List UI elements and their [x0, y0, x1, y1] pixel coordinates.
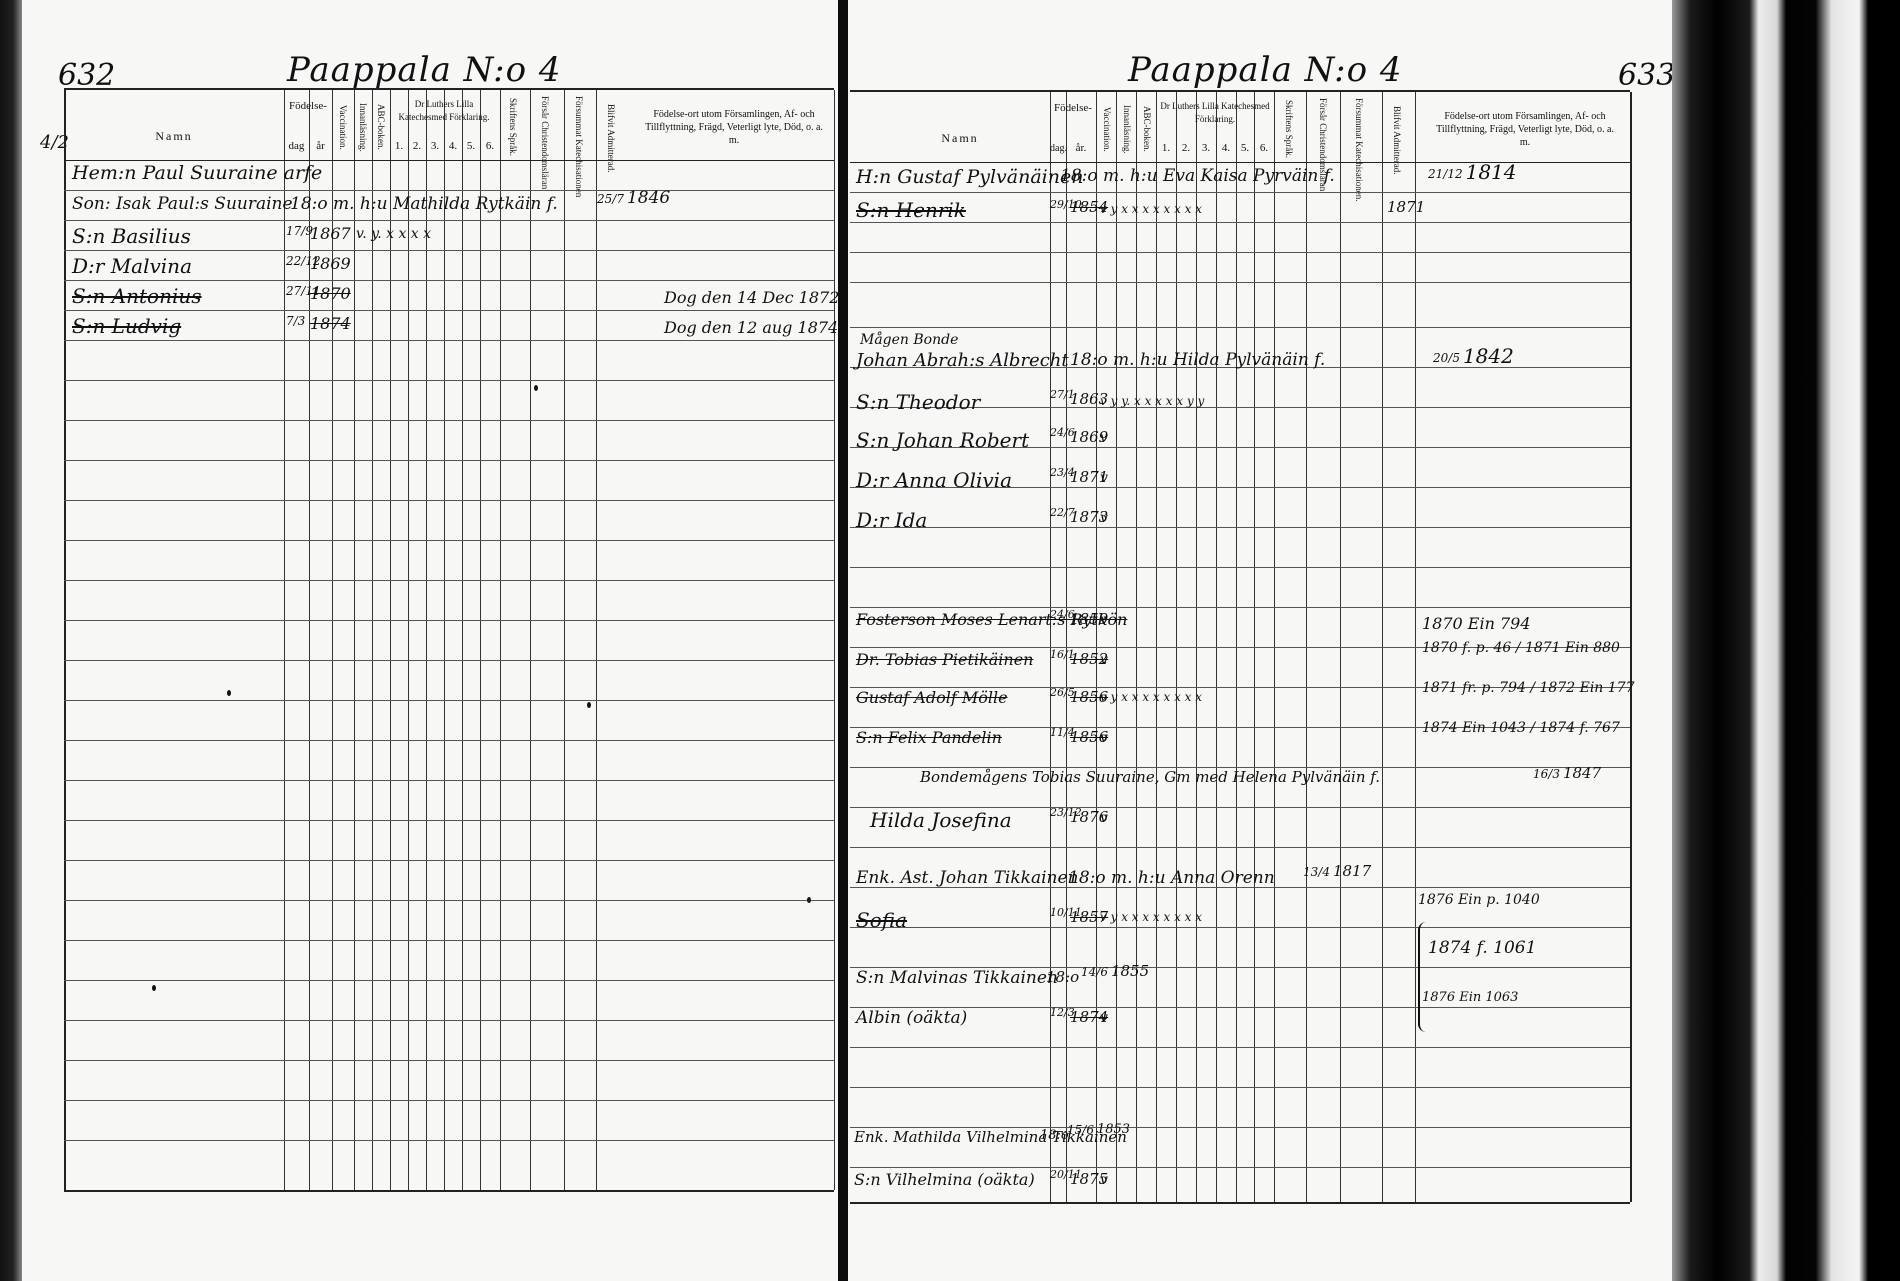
col-header-year: år.	[1066, 142, 1096, 155]
col-header-year: år	[309, 140, 332, 153]
right-entry-3-note: 18:o m. h:u Hilda Pylvänäin f.	[1070, 350, 1325, 370]
left-entry-5-year: 1874	[310, 314, 351, 333]
col-header-innanlasning: Innanläsning.	[1120, 98, 1133, 160]
right-entry-18-name: Albin (oäkta)	[856, 1008, 967, 1028]
left-entry-5-name: S:n Ludvig	[72, 314, 181, 338]
right-entry-2-label: Mågen Bonde	[860, 332, 958, 348]
col-header-admitted: Blifvit Admitterad.	[604, 104, 617, 154]
remarks-bracket	[1418, 922, 1428, 1032]
right-entry-17-birthdate: 14/61855	[1078, 962, 1149, 980]
col-header-cat-2: 2.	[408, 140, 426, 153]
col-header-first-lesson: Försår Christendomsläran.	[1316, 98, 1329, 160]
right-register-table: Namn Födelse- dag. år. Vaccination. Inna…	[850, 90, 1630, 1204]
right-entry-13-marks: v	[1100, 810, 1108, 826]
left-book-edge	[0, 0, 22, 1281]
right-entry-11-name: S:n Felix Pandelin	[856, 728, 1002, 747]
col-header-community-catechism: Försummat Katechisationen.	[1352, 98, 1365, 160]
ink-speck	[587, 702, 591, 708]
right-entry-14-birthdate: 13/41817	[1300, 862, 1371, 880]
left-entry-4-remarks: Dog den 14 Dec 1872	[664, 288, 839, 307]
col-header-day: dag.	[1050, 142, 1066, 155]
right-entry-9-remarks: 1870 f. p. 46 / 1871 Ein 880	[1422, 640, 1620, 656]
right-entry-10-remarks: 1871 fr. p. 794 / 1872 Ein 177	[1422, 680, 1634, 696]
col-header-vaccination: Vaccination.	[336, 96, 349, 158]
right-entry-3-birthdate: 20/51842	[1430, 344, 1514, 368]
col-header-first-lesson: Försår Christendomsläran.	[538, 96, 551, 158]
right-entry-5-name: S:n Johan Robert	[856, 428, 1029, 452]
right-entry-15-remarks: 1876 Ein p. 1040	[1418, 892, 1540, 908]
right-entry-17-note: 18:o	[1046, 968, 1079, 986]
left-entry-5-day: 7/3	[286, 314, 305, 328]
right-entry-11-marks: v	[1100, 730, 1108, 746]
col-header-community-catechism: Försummat Katechisationen	[572, 96, 585, 158]
right-entry-10-name: Gustaf Adolf Mölle	[856, 688, 1008, 707]
right-entry-18-marks: v	[1100, 1010, 1108, 1026]
left-entry-2-marks: v. y. x x x x	[356, 226, 431, 242]
right-entry-0-name: H:n Gustaf Pylvänäinen	[856, 166, 1083, 188]
left-entry-2-name: S:n Basilius	[72, 224, 191, 248]
right-entry-18-remarks: 1876 Ein 1063	[1422, 990, 1518, 1005]
left-entry-5-remarks: Dog den 12 aug 1874	[664, 318, 838, 337]
left-page-title: Paappala N:o 4	[287, 50, 562, 90]
right-entry-11-remarks: 1874 Ein 1043 / 1874 f. 767	[1422, 720, 1620, 736]
col-header-admitted: Blifvit Admitterad.	[1390, 106, 1403, 156]
right-entry-20-name: S:n Vilhelmina (oäkta)	[854, 1170, 1035, 1189]
right-entry-0-birthdate: 21/121814	[1425, 160, 1517, 184]
right-entry-1-name: S:n Henrik	[856, 198, 966, 222]
ink-speck	[152, 985, 156, 991]
col-header-cat-4: 4.	[1216, 142, 1236, 155]
col-header-cat-6: 6.	[1254, 142, 1274, 155]
left-entry-2-year: 1867	[310, 224, 351, 243]
left-entry-0-name: Hem:n Paul Suuraine arfe	[72, 162, 322, 184]
right-entry-6-name: D:r Anna Olivia	[856, 468, 1012, 492]
ink-speck	[534, 385, 538, 391]
left-entry-2-day: 17/9	[286, 224, 313, 238]
left-entry-1-birthdate: 25/71846	[594, 188, 670, 208]
col-header-catechism: Dr Luthers Lilla Katechesmed Förklaring.	[1156, 100, 1274, 126]
left-entry-1-marks: 18:o m. h:u Mathilda Rytkäin f.	[290, 194, 558, 214]
right-entry-14-name: Enk. Ast. Johan Tikkainen	[856, 868, 1079, 888]
ink-speck	[807, 897, 811, 903]
left-entry-4-year: 1870	[310, 284, 351, 303]
right-entry-1-admit: 1871	[1387, 198, 1425, 216]
left-entry-4-name: S:n Antonius	[72, 284, 202, 308]
col-header-birth: Födelse-	[284, 100, 332, 113]
col-header-abc: ABC-boken.	[1140, 98, 1153, 160]
col-header-name: Namn	[134, 130, 214, 143]
right-entry-13-name: Hilda Josefina	[870, 808, 1012, 832]
right-entry-12-birthdate: 16/31847	[1530, 764, 1601, 782]
col-header-cat-2: 2.	[1176, 142, 1196, 155]
right-entry-20-marks: v	[1100, 1172, 1108, 1188]
col-header-catechism: Dr Luthers Lilla Katechesmed Förklaring.	[390, 98, 498, 124]
right-entry-0-note: 18:o m. h:u Eva Kaisa Pyrväin f.	[1060, 166, 1335, 186]
left-entry-3-name: D:r Malvina	[72, 254, 192, 278]
col-header-cat-1: 1.	[1156, 142, 1176, 155]
left-entry-1-name: Son: Isak Paul:s Suuraine	[72, 194, 293, 214]
col-header-birth: Födelse-	[1050, 102, 1096, 115]
col-header-cat-6: 6.	[480, 140, 500, 153]
ink-speck	[227, 690, 231, 696]
book-gutter	[838, 0, 848, 1281]
right-entry-12-note: Bondemågens Tobias Suuraine, Gm med Hele…	[920, 768, 1380, 786]
right-entry-4-marks: v y y. x x x x x y y	[1100, 394, 1204, 408]
right-entry-9-marks: v	[1100, 652, 1108, 668]
right-entry-17-name: S:n Malvinas Tikkainen	[856, 968, 1058, 988]
col-header-cat-1: 1.	[390, 140, 408, 153]
right-entry-15-marks: v y x x x x x x x x	[1100, 910, 1202, 924]
col-header-name: Namn	[910, 132, 1010, 145]
left-register-table: Namn Födelse- dag år Vaccination. Innanl…	[64, 88, 834, 1192]
right-entry-8-marks: v	[1100, 612, 1108, 628]
col-header-abc: ABC-boken.	[374, 96, 387, 158]
right-entry-16-remarks: 1874 f. 1061	[1428, 938, 1536, 958]
right-entry-9-name: Dr. Tobias Pietikäinen	[856, 650, 1033, 669]
right-entry-4-name: S:n Theodor	[856, 390, 980, 414]
right-entry-1-marks: v y x x x x x x x x	[1100, 202, 1202, 216]
left-page: 632 Paappala N:o 4 4/2 Namn Födelse- dag…	[22, 0, 842, 1281]
right-entry-19-birthdate: 15/61853	[1064, 1122, 1130, 1137]
right-entry-6-marks: v	[1100, 470, 1108, 486]
right-entry-8-remarks: 1870 Ein 794	[1422, 614, 1531, 633]
col-header-day: dag	[284, 140, 309, 153]
right-entry-10-marks: v y x x x x x x x x	[1100, 690, 1202, 704]
right-page-number: 633	[1618, 58, 1675, 93]
col-header-cat-3: 3.	[426, 140, 444, 153]
col-header-cat-4: 4.	[444, 140, 462, 153]
col-header-remarks: Födelse-ort utom Församlingen, Af- och T…	[644, 108, 824, 147]
col-header-remarks: Födelse-ort utom Församlingen, Af- och T…	[1430, 110, 1620, 149]
right-entry-3-name: Johan Abrah:s Albrecht	[856, 350, 1069, 371]
col-header-cat-5: 5.	[462, 140, 480, 153]
left-entry-3-year: 1869	[310, 254, 351, 273]
right-page: Paappala N:o 4 633 Namn Födelse- dag. år…	[848, 0, 1678, 1281]
col-header-cat-3: 3.	[1196, 142, 1216, 155]
right-book-edge	[1672, 0, 1900, 1281]
col-header-scripture: Skriftens Språk.	[506, 96, 519, 158]
right-page-title: Paappala N:o 4	[1128, 50, 1403, 90]
col-header-scripture: Skriftens Språk.	[1282, 98, 1295, 160]
col-header-vaccination: Vaccination.	[1100, 98, 1113, 160]
right-entry-14-note: 18:o m. h:u Anna Orenn	[1068, 868, 1275, 888]
right-entry-7-name: D:r Ida	[856, 508, 927, 532]
col-header-innanlasning: Innanläsning.	[356, 96, 369, 158]
right-entry-7-marks: v	[1100, 510, 1108, 526]
col-header-cat-5: 5.	[1236, 142, 1254, 155]
right-entry-15-name: Sofia	[856, 908, 907, 932]
right-entry-5-marks: v	[1100, 430, 1108, 446]
